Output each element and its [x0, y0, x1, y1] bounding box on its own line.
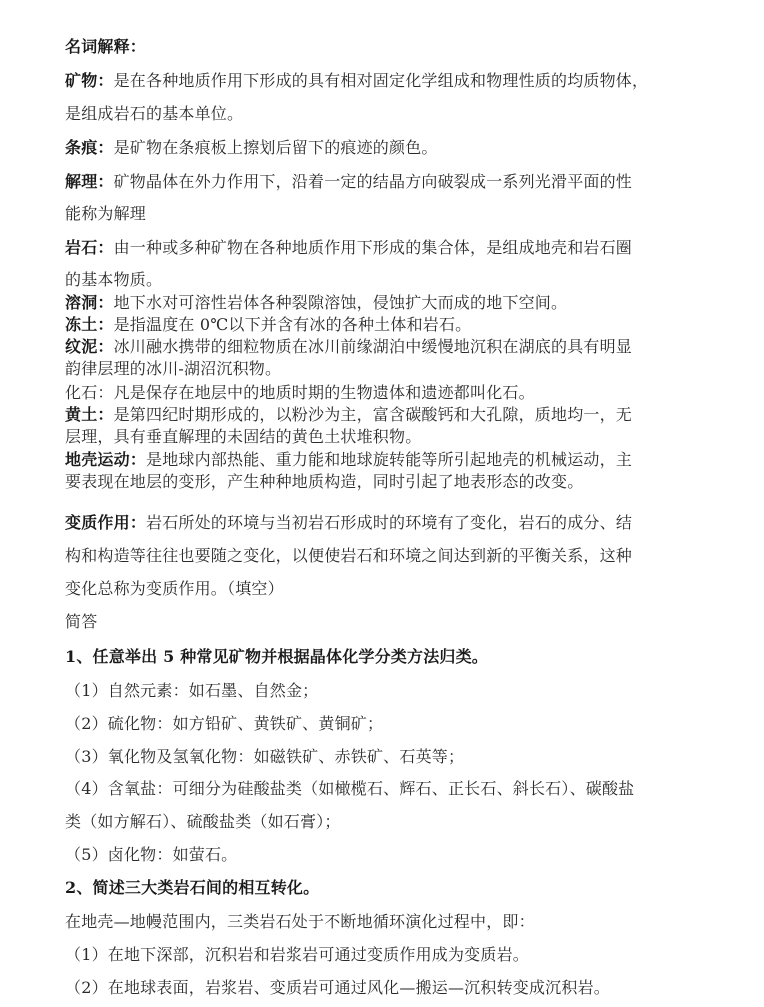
definition-text: 是组成岩石的基本单位。: [65, 104, 243, 124]
definition-text: 是在各种地质作用下形成的具有相对固定化学组成和物理性质的均质物体，: [114, 71, 649, 90]
answer-item: （2）硫化物：如方铅矿、黄铁矿、黄铜矿；: [65, 714, 383, 734]
definition-text: 由一种或多种矿物在各种地质作用下形成的集合体，是组成地壳和岩石圈: [114, 238, 632, 257]
term-label: 变质作用: [65, 513, 130, 532]
definition-metamorphism: 变质作用：岩石所处的环境与当初岩石形成时的环境有了变化，岩石的成分、结: [65, 513, 632, 533]
term-label: 地壳运动: [65, 450, 130, 469]
definition-text: 是第四纪时期形成的，以粉沙为主，富含碳酸钙和大孔隙，质地均一，无: [114, 405, 632, 424]
answer-item: 类（如方解石）、硫酸盐类（如石膏）；: [65, 812, 341, 832]
definition-text: 韵律层理的冰川-湖沼沉积物。: [65, 359, 281, 379]
term-label: 条痕: [65, 138, 97, 157]
definition-text: 是地球内部热能、重力能和地球旋转能等所引起地壳的机械运动，主: [146, 450, 632, 469]
definition-text: 是指温度在 0℃以下并含有冰的各种土体和岩石。: [114, 315, 472, 334]
heading-terms: 名词解释：: [65, 37, 146, 57]
definition-text: 能称为解理: [65, 204, 146, 224]
definition-mineral: 矿物：是在各种地质作用下形成的具有相对固定化学组成和物理性质的均质物体，: [65, 71, 648, 91]
answer-item: （1）在地下深部，沉积岩和岩浆岩可通过变质作用成为变质岩。: [65, 945, 529, 965]
definition-text: 凡是保存在地层中的地质时期的生物遗体和遗迹都叫化石。: [114, 383, 535, 402]
definition-text: 变化总称为变质作用。（填空）: [65, 579, 284, 599]
answer-item: （4）含氧盐：可细分为硅酸盐类（如橄榄石、辉石、正长石、斜长石）、碳酸盐: [65, 779, 634, 799]
definition-streak: 条痕：是矿物在条痕板上擦划后留下的痕迹的颜色。: [65, 138, 438, 158]
definition-text: 矿物晶体在外力作用下，沿着一定的结晶方向破裂成一系列光滑平面的性: [114, 172, 632, 191]
term-label: 矿物: [65, 71, 97, 90]
definition-loess: 黄土：是第四纪时期形成的，以粉沙为主，富含碳酸钙和大孔隙，质地均一，无: [65, 405, 632, 425]
heading-short-answer: 简答: [65, 612, 97, 632]
question-title: 1、任意举出 5 种常见矿物并根据晶体化学分类方法归类。: [65, 647, 488, 667]
term-label: 岩石: [65, 238, 97, 257]
answer-item: 在地壳—地幔范围内，三类岩石处于不断地循环演化过程中，即：: [65, 912, 535, 932]
definition-varve: 纹泥：冰川融水携带的细粒物质在冰川前缘湖泊中缓慢地沉积在湖底的具有明显: [65, 337, 632, 357]
definition-permafrost: 冻土：是指温度在 0℃以下并含有冰的各种土体和岩石。: [65, 315, 471, 335]
definition-text: 冰川融水携带的细粒物质在冰川前缘湖泊中缓慢地沉积在湖底的具有明显: [114, 337, 632, 356]
answer-item: （5）卤化物：如萤石。: [65, 845, 237, 865]
term-label: 黄土: [65, 405, 97, 424]
answer-item: （1）自然元素：如石墨、自然金；: [65, 681, 318, 701]
definition-text: 地下水对可溶性岩体各种裂隙溶蚀，侵蚀扩大而成的地下空间。: [114, 293, 568, 312]
definition-text: 的基本物质。: [65, 270, 162, 290]
definition-text: 要表现在地层的变形，产生种种地质构造，同时引起了地表形态的改变。: [65, 472, 583, 492]
answer-item: （2）在地球表面，岩浆岩、变质岩可通过风化—搬运—沉积转变成沉积岩。: [65, 978, 610, 998]
definition-karst-cave: 溶洞：地下水对可溶性岩体各种裂隙溶蚀，侵蚀扩大而成的地下空间。: [65, 293, 567, 313]
definition-text: 岩石所处的环境与当初岩石形成时的环境有了变化，岩石的成分、结: [146, 513, 632, 532]
term-label: 溶洞: [65, 293, 97, 312]
term-label: 解理: [65, 172, 97, 191]
definition-text: 构和构造等往往也要随之变化，以便使岩石和环境之间达到新的平衡关系，这种: [65, 546, 632, 566]
definition-text: 层理，具有垂直解理的未固结的黄色土状堆积物。: [65, 427, 421, 447]
term-label: 冻土: [65, 315, 97, 334]
definition-crustal-movement: 地壳运动：是地球内部热能、重力能和地球旋转能等所引起地壳的机械运动，主: [65, 450, 632, 470]
definition-fossil: 化石：凡是保存在地层中的地质时期的生物遗体和遗迹都叫化石。: [65, 383, 535, 403]
answer-item: （3）氧化物及氢氧化物：如磁铁矿、赤铁矿、石英等；: [65, 747, 464, 767]
question-title: 2、简述三大类岩石间的相互转化。: [65, 878, 319, 898]
term-label: 化石: [65, 383, 97, 402]
definition-cleavage: 解理：矿物晶体在外力作用下，沿着一定的结晶方向破裂成一系列光滑平面的性: [65, 172, 632, 192]
term-label: 纹泥: [65, 337, 97, 356]
definition-text: 是矿物在条痕板上擦划后留下的痕迹的颜色。: [114, 138, 438, 157]
definition-rock: 岩石：由一种或多种矿物在各种地质作用下形成的集合体，是组成地壳和岩石圈: [65, 238, 632, 258]
